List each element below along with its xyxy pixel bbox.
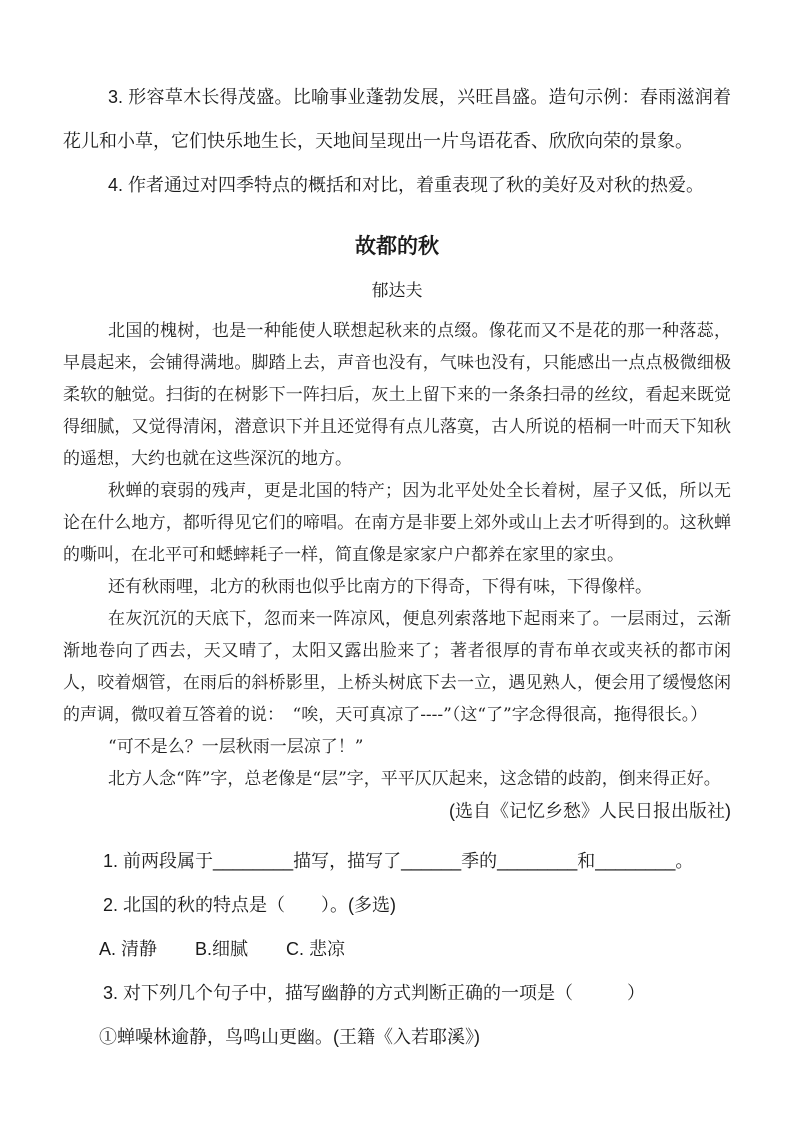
answer-item-4: 4. 作者通过对四季特点的概括和对比，着重表现了秋的美好及对秋的热爱。 <box>63 163 731 207</box>
answer-item-3: 3. 形容草木长得茂盛。比喻事业蓬勃发展，兴旺昌盛。造句示例：春雨滋润着花儿和小… <box>63 75 731 163</box>
essay-title: 故都的秋 <box>63 231 731 263</box>
question-3: 3. 对下列几个句子中，描写幽静的方式判断正确的一项是（ ） <box>63 971 731 1015</box>
essay-author: 郁达夫 <box>63 275 731 307</box>
essay-paragraph-5: “可不是么？一层秋雨一层凉了！” <box>63 731 731 763</box>
essay-body: 北国的槐树，也是一种能使人联想起秋来的点缀。像花而又不是花的那一种落蕊，早晨起来… <box>63 315 731 795</box>
essay-paragraph-1: 北国的槐树，也是一种能使人联想起秋来的点缀。像花而又不是花的那一种落蕊，早晨起来… <box>63 315 731 475</box>
answers-section: 3. 形容草木长得茂盛。比喻事业蓬勃发展，兴旺昌盛。造句示例：春雨滋润着花儿和小… <box>63 75 731 207</box>
questions-section: 1. 前两段属于________描写，描写了______季的________和_… <box>63 839 731 1059</box>
question-3-example-1: ①蝉噪林逾静，鸟鸣山更幽。(王籍《入若耶溪》) <box>63 1015 731 1059</box>
option-a: A. 清静 <box>99 927 157 971</box>
essay-paragraph-4: 在灰沉沉的天底下，忽而来一阵凉风，便息列索落地下起雨来了。一层雨过，云渐渐地卷向… <box>63 603 731 731</box>
question-2: 2. 北国的秋的特点是（ ）。(多选) <box>63 883 731 927</box>
question-1: 1. 前两段属于________描写，描写了______季的________和_… <box>63 839 731 883</box>
essay-paragraph-6: 北方人念“阵”字，总老像是“层”字，平平仄仄起来，这念错的歧韵，倒来得正好。 <box>63 763 731 795</box>
essay-paragraph-3: 还有秋雨哩，北方的秋雨也似乎比南方的下得奇，下得有味，下得像样。 <box>63 571 731 603</box>
document-page: 3. 形容草木长得茂盛。比喻事业蓬勃发展，兴旺昌盛。造句示例：春雨滋润着花儿和小… <box>0 0 793 1122</box>
essay-paragraph-2: 秋蝉的衰弱的残声，更是北国的特产；因为北平处处全长着树，屋子又低，所以无论在什么… <box>63 475 731 571</box>
option-b: B.细腻 <box>195 927 248 971</box>
question-2-options: A. 清静 B.细腻 C. 悲凉 <box>63 927 731 971</box>
option-c: C. 悲凉 <box>286 927 345 971</box>
essay-source: (选自《记忆乡愁》人民日报出版社) <box>63 795 731 827</box>
